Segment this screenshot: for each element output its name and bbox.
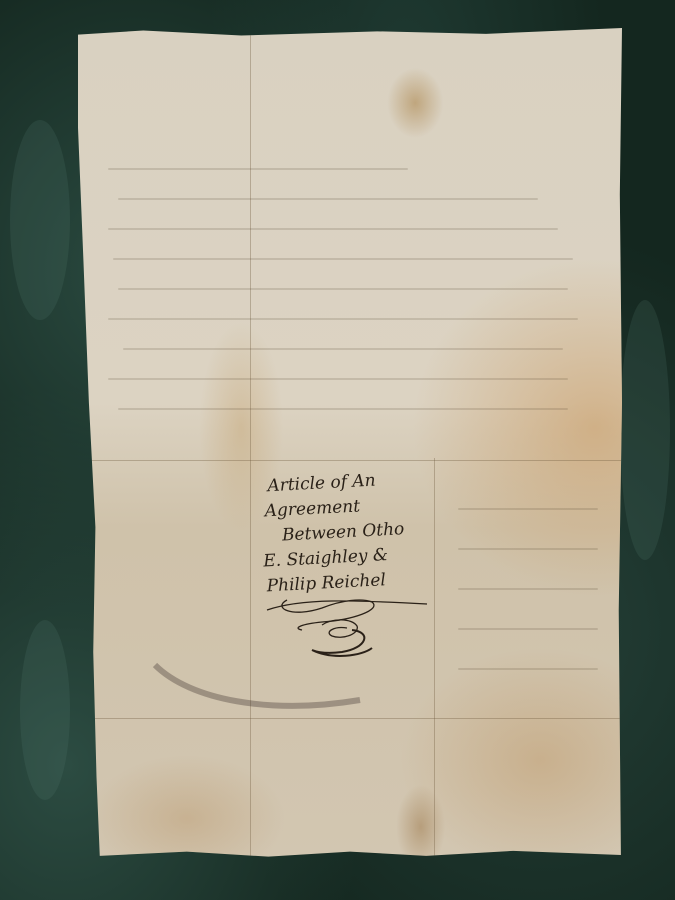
document-sheet	[78, 28, 622, 860]
marble-texture	[20, 620, 70, 800]
pen-flourish-icon	[262, 590, 442, 665]
fold-line	[250, 28, 251, 860]
stain-arc	[150, 660, 370, 720]
docket-inscription: Article of An Agreement Between Otho E. …	[259, 466, 440, 600]
fold-line	[78, 460, 622, 461]
marble-texture	[620, 300, 670, 560]
marble-texture	[10, 120, 70, 320]
